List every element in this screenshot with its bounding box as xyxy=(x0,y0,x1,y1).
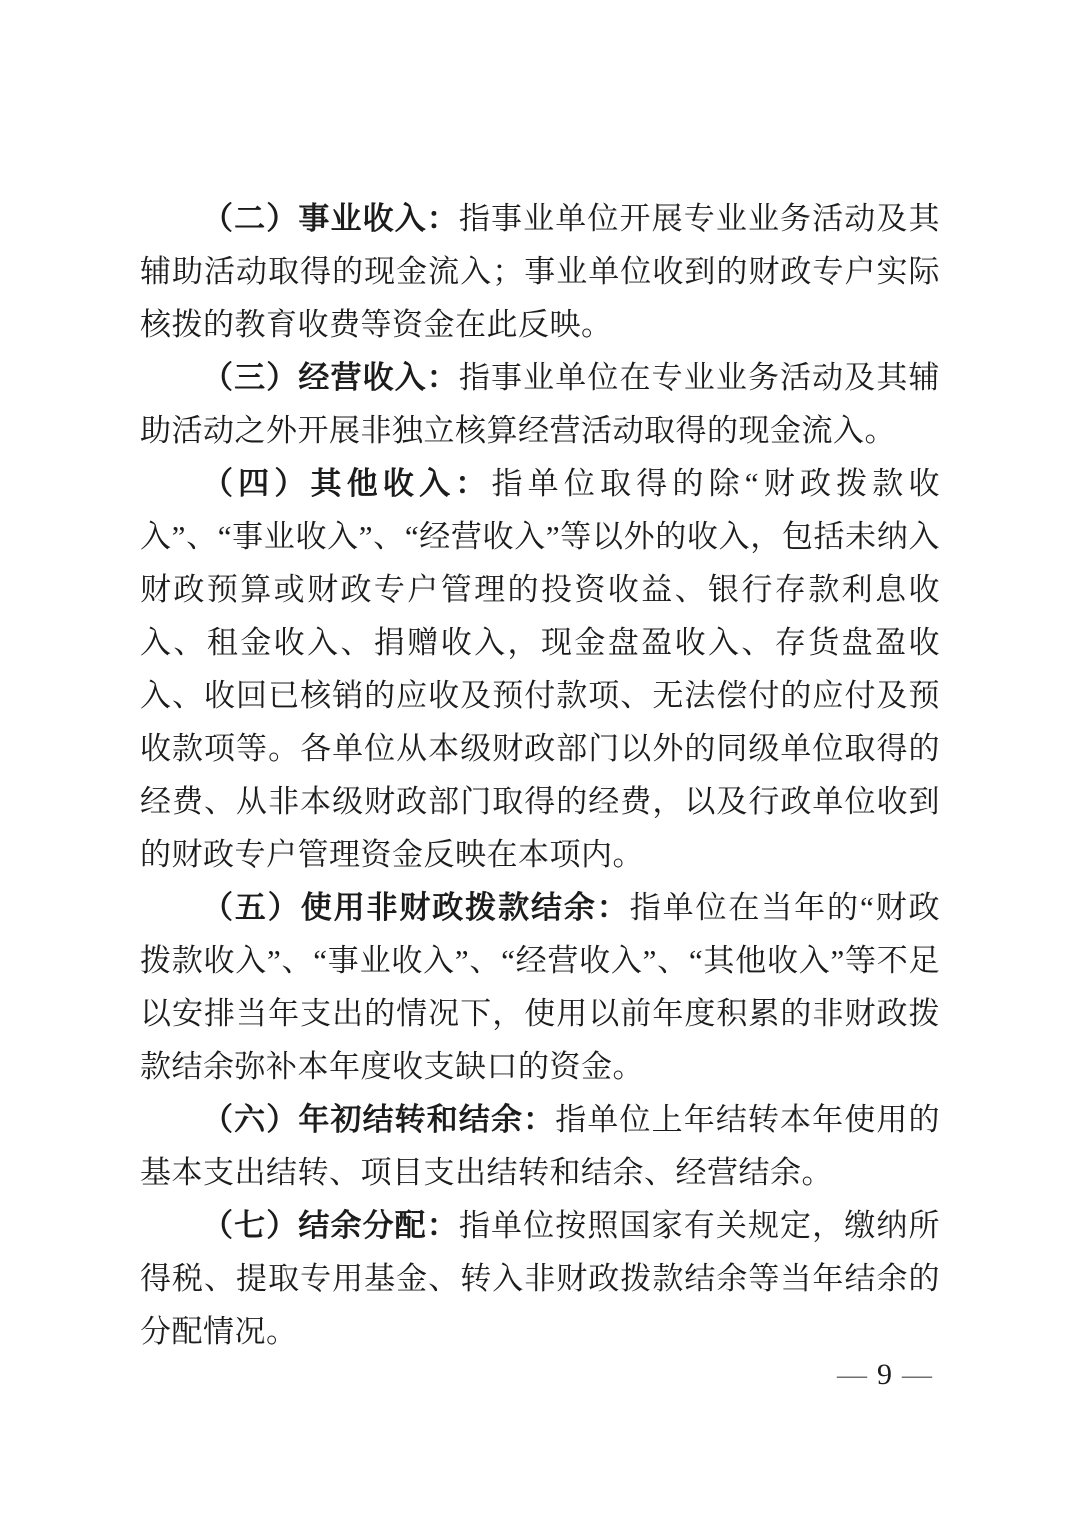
paragraph-lead: （六）年初结转和结余： xyxy=(202,1102,555,1137)
page-number-left-dash: — xyxy=(827,1358,877,1391)
page-number-value: 9 xyxy=(877,1358,892,1391)
paragraph-item-4: （四）其他收入：指单位取得的除“财政拨款收入”、“事业收入”、“经营收入”等以外… xyxy=(140,457,940,881)
paragraph-text: 指单位取得的除“财政拨款收入”、“事业收入”、“经营收入”等以外的收入，包括未纳… xyxy=(140,466,940,872)
paragraph-item-7: （七）结余分配：指单位按照国家有关规定，缴纳所得税、提取专用基金、转入非财政拨款… xyxy=(140,1199,940,1358)
paragraph-lead: （四）其他收入： xyxy=(202,466,492,501)
page-number-right-dash: — xyxy=(892,1358,942,1391)
page-number: —9— xyxy=(827,1358,942,1392)
document-body: （二）事业收入：指事业单位开展专业业务活动及其辅助活动取得的现金流入；事业单位收… xyxy=(140,192,940,1358)
paragraph-lead: （七）结余分配： xyxy=(202,1208,459,1243)
paragraph-item-2: （二）事业收入：指事业单位开展专业业务活动及其辅助活动取得的现金流入；事业单位收… xyxy=(140,192,940,351)
document-page: （二）事业收入：指事业单位开展专业业务活动及其辅助活动取得的现金流入；事业单位收… xyxy=(0,0,1074,1520)
paragraph-lead: （二）事业收入： xyxy=(202,201,459,236)
paragraph-lead: （三）经营收入： xyxy=(202,360,459,395)
paragraph-item-6: （六）年初结转和结余：指单位上年结转本年使用的基本支出结转、项目支出结转和结余、… xyxy=(140,1093,940,1199)
paragraph-item-5: （五）使用非财政拨款结余：指单位在当年的“财政拨款收入”、“事业收入”、“经营收… xyxy=(140,881,940,1093)
paragraph-lead: （五）使用非财政拨款结余： xyxy=(202,890,630,925)
paragraph-item-3: （三）经营收入：指事业单位在专业业务活动及其辅助活动之外开展非独立核算经营活动取… xyxy=(140,351,940,457)
